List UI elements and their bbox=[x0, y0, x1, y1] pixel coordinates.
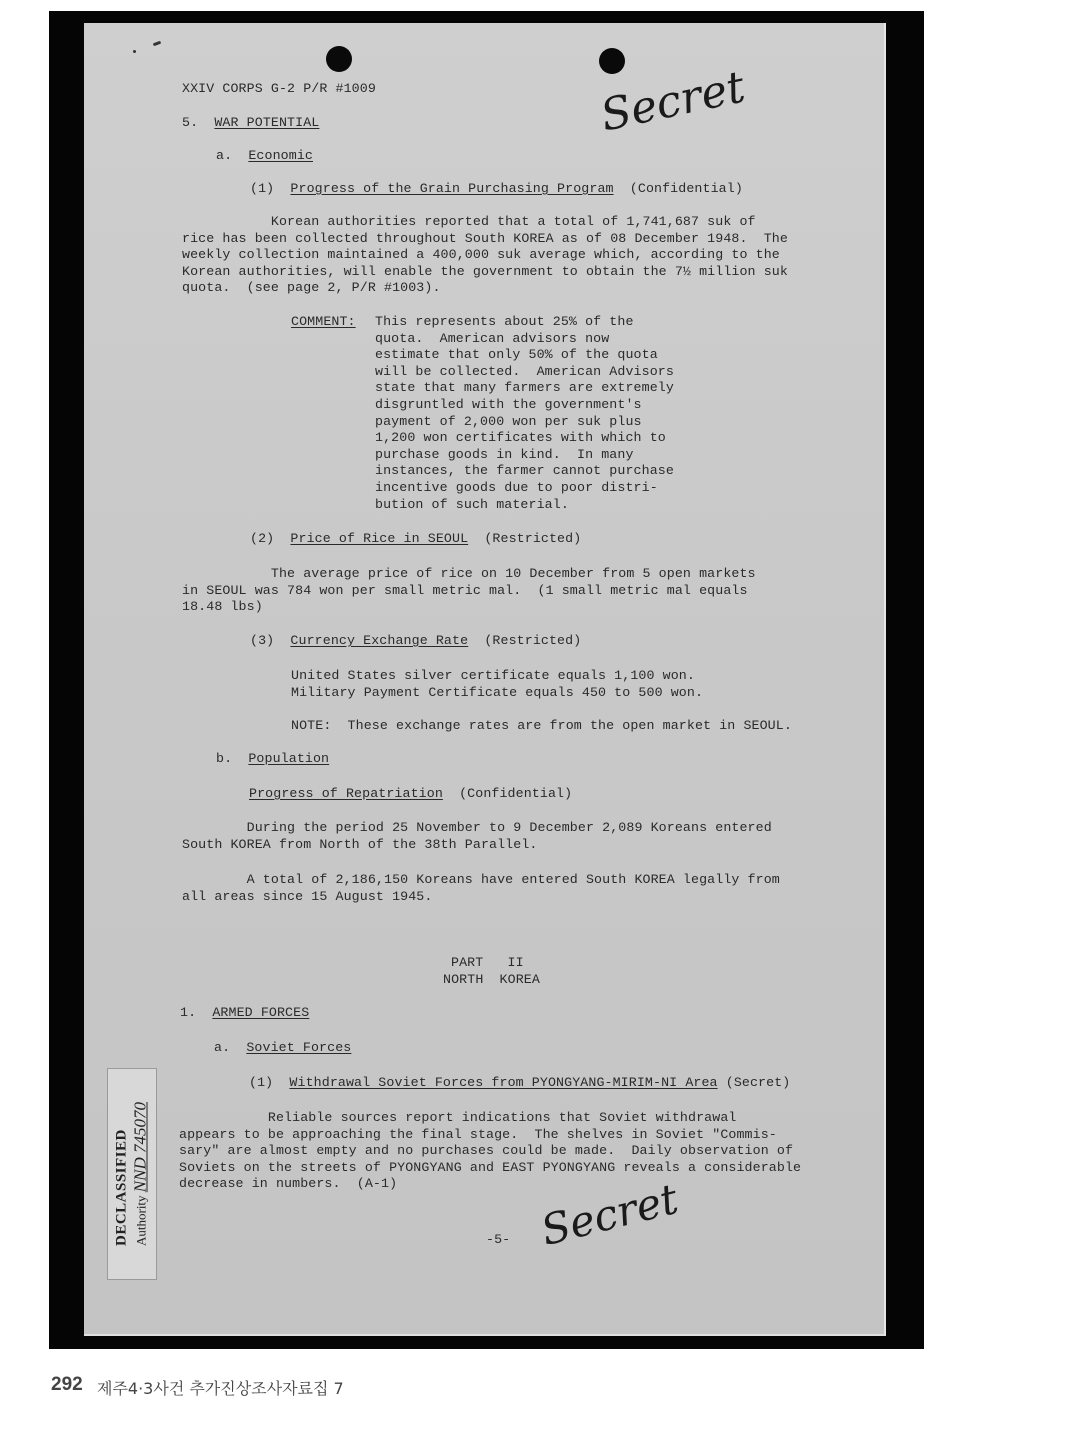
paragraph-line: A total of 2,186,150 Koreans have entere… bbox=[182, 872, 780, 889]
item-2-paragraph: The average price of rice on 10 December… bbox=[182, 566, 756, 616]
paragraph-line: weekly collection maintained a 400,000 s… bbox=[182, 247, 788, 264]
paragraph-line: Soviets on the streets of PYONGYANG and … bbox=[179, 1160, 801, 1177]
comment-line: bution of such material. bbox=[375, 497, 674, 514]
book-title: 제주4·3사건 추가진상조사자료집 7 bbox=[97, 1376, 344, 1399]
paragraph-line: During the period 25 November to 9 Decem… bbox=[182, 820, 772, 837]
paragraph-line: appears to be approaching the final stag… bbox=[179, 1127, 801, 1144]
comment-line: quota. American advisors now bbox=[375, 331, 674, 348]
paragraph-line: all areas since 15 August 1945. bbox=[182, 889, 780, 906]
soviet-item-1-heading: (1) Withdrawal Soviet Forces from PYONGY… bbox=[249, 1075, 790, 1092]
paragraph-line: sary" are almost empty and no purchases … bbox=[179, 1143, 801, 1160]
item-title: Withdrawal Soviet Forces from PYONGYANG-… bbox=[289, 1075, 717, 1090]
paragraph-line: rice has been collected throughout South… bbox=[182, 231, 788, 248]
soviet-item-1-paragraph: Reliable sources report indications that… bbox=[179, 1110, 801, 1193]
repatriation-paragraph-1: During the period 25 November to 9 Decem… bbox=[182, 820, 772, 853]
paragraph-line: decrease in numbers. (A-1) bbox=[179, 1176, 801, 1193]
paragraph-line: Reliable sources report indications that… bbox=[179, 1110, 801, 1127]
part-2-title: PART II bbox=[451, 955, 524, 972]
subsection-soviet-forces: a. Soviet Forces bbox=[214, 1040, 351, 1057]
exchange-rates: United States silver certificate equals … bbox=[291, 668, 703, 701]
paragraph-line: in SEOUL was 784 won per small metric ma… bbox=[182, 583, 756, 600]
paragraph-line: The average price of rice on 10 December… bbox=[182, 566, 756, 583]
comment-line: instances, the farmer cannot purchase bbox=[375, 463, 674, 480]
item-2-heading: (2) Price of Rice in SEOUL (Restricted) bbox=[250, 531, 581, 548]
page-number: -5- bbox=[486, 1232, 510, 1249]
classification-label: (Secret) bbox=[726, 1075, 791, 1090]
repatriation-paragraph-2: A total of 2,186,150 Koreans have entere… bbox=[182, 872, 780, 905]
item-3-heading: (3) Currency Exchange Rate (Restricted) bbox=[250, 633, 581, 650]
paragraph-line: Korean authorities, will enable the gove… bbox=[182, 264, 788, 281]
item-number: (1) bbox=[250, 181, 274, 196]
comment-line: disgruntled with the government's bbox=[375, 397, 674, 414]
section-armed-forces: 1. ARMED FORCES bbox=[180, 1005, 309, 1022]
paragraph-line: South KOREA from North of the 38th Paral… bbox=[182, 837, 772, 854]
declassified-stamp: DECLASSIFIED Authority NND 745070 bbox=[107, 1068, 157, 1280]
paragraph-line: Korean authorities reported that a total… bbox=[182, 214, 788, 231]
stamp-authority-label: Authority bbox=[134, 1195, 149, 1246]
subsection-economic: a. Economic bbox=[216, 148, 313, 165]
book-page-number: 292 bbox=[51, 1374, 83, 1396]
item-number: (1) bbox=[249, 1075, 273, 1090]
punch-hole-left bbox=[326, 46, 352, 72]
classification-label: (Restricted) bbox=[484, 531, 581, 546]
comment-line: payment of 2,000 won per suk plus bbox=[375, 414, 674, 431]
subsection-title: Economic bbox=[248, 148, 313, 163]
comment-line: purchase goods in kind. In many bbox=[375, 447, 674, 464]
section-5: 5. WAR POTENTIAL bbox=[182, 115, 319, 132]
comment-line: 1,200 won certificates with which to bbox=[375, 430, 674, 447]
stamp-declassified: DECLASSIFIED bbox=[114, 1102, 131, 1246]
subsection-letter: b. bbox=[216, 751, 232, 766]
item-number: (3) bbox=[250, 633, 274, 648]
subsection-letter: a. bbox=[216, 148, 232, 163]
section-number: 5. bbox=[182, 115, 198, 130]
item-title: Currency Exchange Rate bbox=[290, 633, 468, 648]
item-number: (2) bbox=[250, 531, 274, 546]
report-header: XXIV CORPS G-2 P/R #1009 bbox=[182, 81, 376, 98]
item-1-paragraph: Korean authorities reported that a total… bbox=[182, 214, 788, 297]
item-title: Progress of the Grain Purchasing Program bbox=[290, 181, 613, 196]
comment-label: COMMENT: bbox=[291, 314, 356, 331]
punch-hole-right bbox=[599, 48, 625, 74]
paragraph-line: quota. (see page 2, P/R #1003). bbox=[182, 280, 788, 297]
subsection-letter: a. bbox=[214, 1040, 230, 1055]
comment-line: estimate that only 50% of the quota bbox=[375, 347, 674, 364]
exchange-note: NOTE: These exchange rates are from the … bbox=[291, 718, 792, 735]
item-title: Progress of Repatriation bbox=[249, 786, 443, 801]
rate-line: United States silver certificate equals … bbox=[291, 668, 703, 685]
section-title: WAR POTENTIAL bbox=[214, 115, 319, 130]
repatriation-heading: Progress of Repatriation (Confidential) bbox=[249, 786, 572, 803]
section-number: 1. bbox=[180, 1005, 196, 1020]
classification-label: (Confidential) bbox=[630, 181, 743, 196]
comment-line: will be collected. American Advisors bbox=[375, 364, 674, 381]
rate-line: Military Payment Certificate equals 450 … bbox=[291, 685, 703, 702]
paragraph-line: 18.48 lbs) bbox=[182, 599, 756, 616]
subsection-title: Soviet Forces bbox=[246, 1040, 351, 1055]
item-title: Price of Rice in SEOUL bbox=[290, 531, 468, 546]
stamp-authority-value: NND 745070 bbox=[131, 1102, 150, 1192]
comment-line: This represents about 25% of the bbox=[375, 314, 674, 331]
item-1-heading: (1) Progress of the Grain Purchasing Pro… bbox=[250, 181, 743, 198]
subsection-population: b. Population bbox=[216, 751, 329, 768]
classification-label: (Restricted) bbox=[484, 633, 581, 648]
stamp-text: DECLASSIFIED Authority NND 745070 bbox=[114, 1102, 151, 1246]
comment-line: incentive goods due to poor distri- bbox=[375, 480, 674, 497]
classification-label: (Confidential) bbox=[459, 786, 572, 801]
subsection-title: Population bbox=[248, 751, 329, 766]
scan-speck bbox=[133, 50, 136, 53]
part-2-subtitle: NORTH KOREA bbox=[443, 972, 540, 989]
comment-line: state that many farmers are extremely bbox=[375, 380, 674, 397]
section-title: ARMED FORCES bbox=[212, 1005, 309, 1020]
comment-text: This represents about 25% of thequota. A… bbox=[375, 314, 674, 513]
